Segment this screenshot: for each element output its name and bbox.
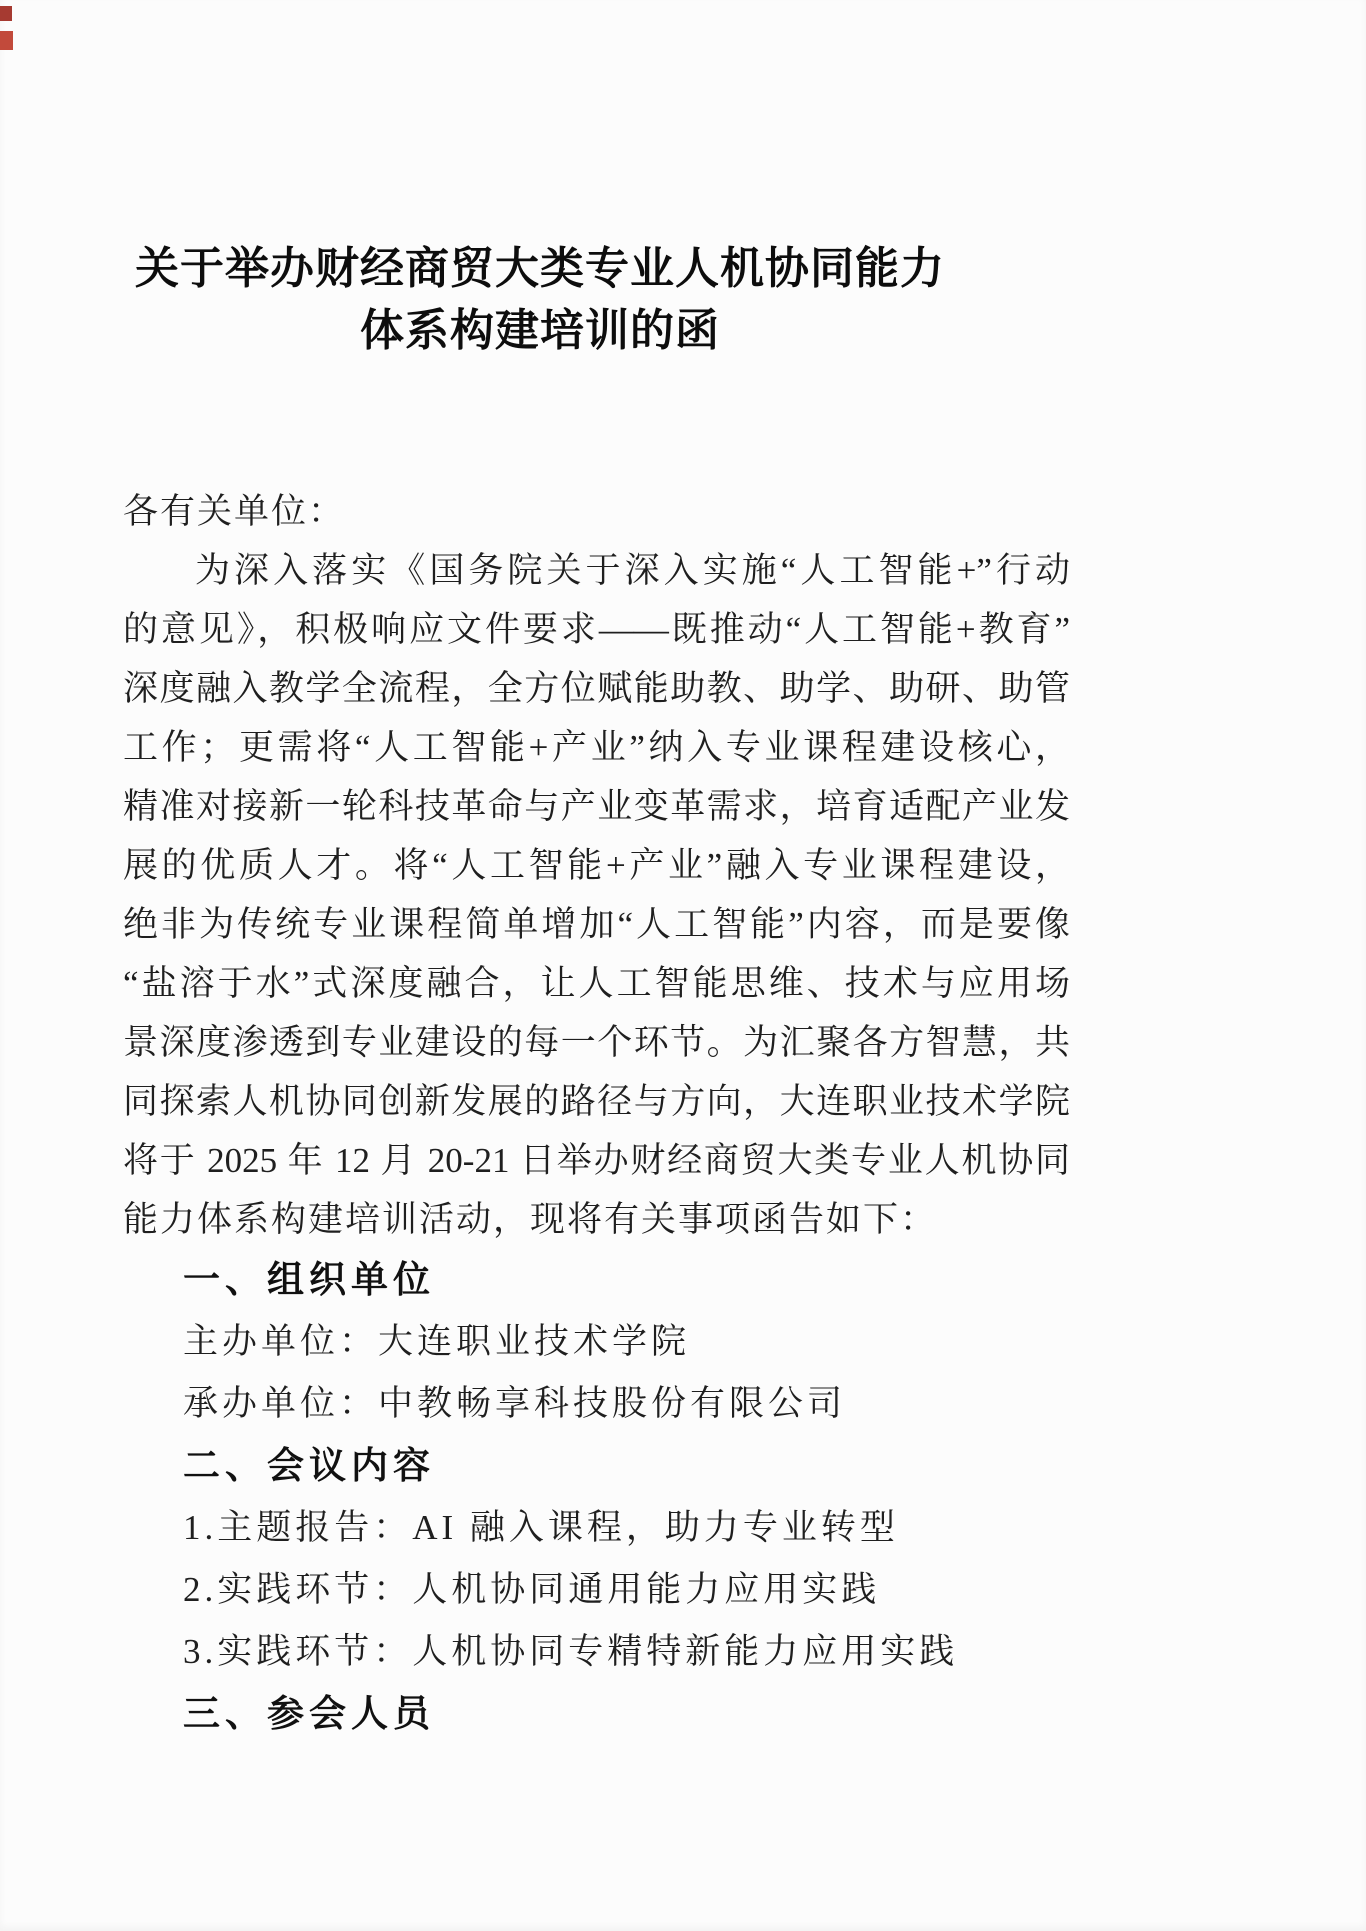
- paragraph-line: 景深度渗透到专业建设的每一个环节。为汇聚各方智慧，共: [123, 1013, 1070, 1072]
- organizer-host-line: 主办单位：大连职业技术学院: [123, 1311, 1070, 1373]
- red-corner-mark-bottom: [0, 31, 13, 50]
- body-paragraph: 为深入落实《国务院关于深入实施“人工智能+”行动 的意见》，积极响应文件要求——…: [123, 541, 1070, 1249]
- paragraph-line: 将于 2025 年 12 月 20-21 日举办财经商贸大类专业人机协同: [123, 1131, 1070, 1190]
- agenda-item-2: 2.实践环节：人机协同通用能力应用实践: [123, 1559, 1070, 1621]
- title-line-1: 关于举办财经商贸大类专业人机协同能力: [100, 238, 980, 300]
- organizer-undertaker-line: 承办单位：中教畅享科技股份有限公司: [123, 1373, 1070, 1435]
- agenda-item-1: 1.主题报告：AI 融入课程，助力专业转型: [123, 1497, 1070, 1559]
- paragraph-line: 同探索人机协同创新发展的路径与方向，大连职业技术学院: [123, 1072, 1070, 1131]
- paragraph-line: 工作；更需将“人工智能+产业”纳入专业课程建设核心，: [123, 718, 1070, 777]
- paragraph-line: 精准对接新一轮科技革命与产业变革需求，培育适配产业发: [123, 777, 1070, 836]
- paragraph-line: 绝非为传统专业课程简单增加“人工智能”内容，而是要像: [123, 895, 1070, 954]
- document-title: 关于举办财经商贸大类专业人机协同能力 体系构建培训的函: [100, 238, 980, 362]
- salutation: 各有关单位：: [123, 483, 1070, 541]
- title-line-2: 体系构建培训的函: [100, 300, 980, 362]
- section-heading-organizers: 一、组织单位: [123, 1249, 1070, 1311]
- sections: 一、组织单位 主办单位：大连职业技术学院 承办单位：中教畅享科技股份有限公司 二…: [123, 1249, 1070, 1745]
- letter-body: 各有关单位： 为深入落实《国务院关于深入实施“人工智能+”行动 的意见》，积极响…: [123, 483, 1070, 1745]
- paragraph-line: “盐溶于水”式深度融合，让人工智能思维、技术与应用场: [123, 954, 1070, 1013]
- section-heading-participants: 三、参会人员: [123, 1683, 1070, 1745]
- paragraph-line: 能力体系构建培训活动，现将有关事项函告如下：: [123, 1190, 1070, 1249]
- paragraph-line: 深度融入教学全流程，全方位赋能助教、助学、助研、助管: [123, 659, 1070, 718]
- paragraph-line: 为深入落实《国务院关于深入实施“人工智能+”行动: [123, 541, 1070, 600]
- agenda-item-3: 3.实践环节：人机协同专精特新能力应用实践: [123, 1621, 1070, 1683]
- paragraph-line: 展的优质人才。将“人工智能+产业”融入专业课程建设，: [123, 836, 1070, 895]
- scanned-letter-page: 关于举办财经商贸大类专业人机协同能力 体系构建培训的函 各有关单位： 为深入落实…: [0, 0, 1366, 1931]
- paragraph-line: 的意见》，积极响应文件要求——既推动“人工智能+教育”: [123, 600, 1070, 659]
- red-corner-mark-top: [0, 6, 12, 21]
- section-heading-agenda: 二、会议内容: [123, 1435, 1070, 1497]
